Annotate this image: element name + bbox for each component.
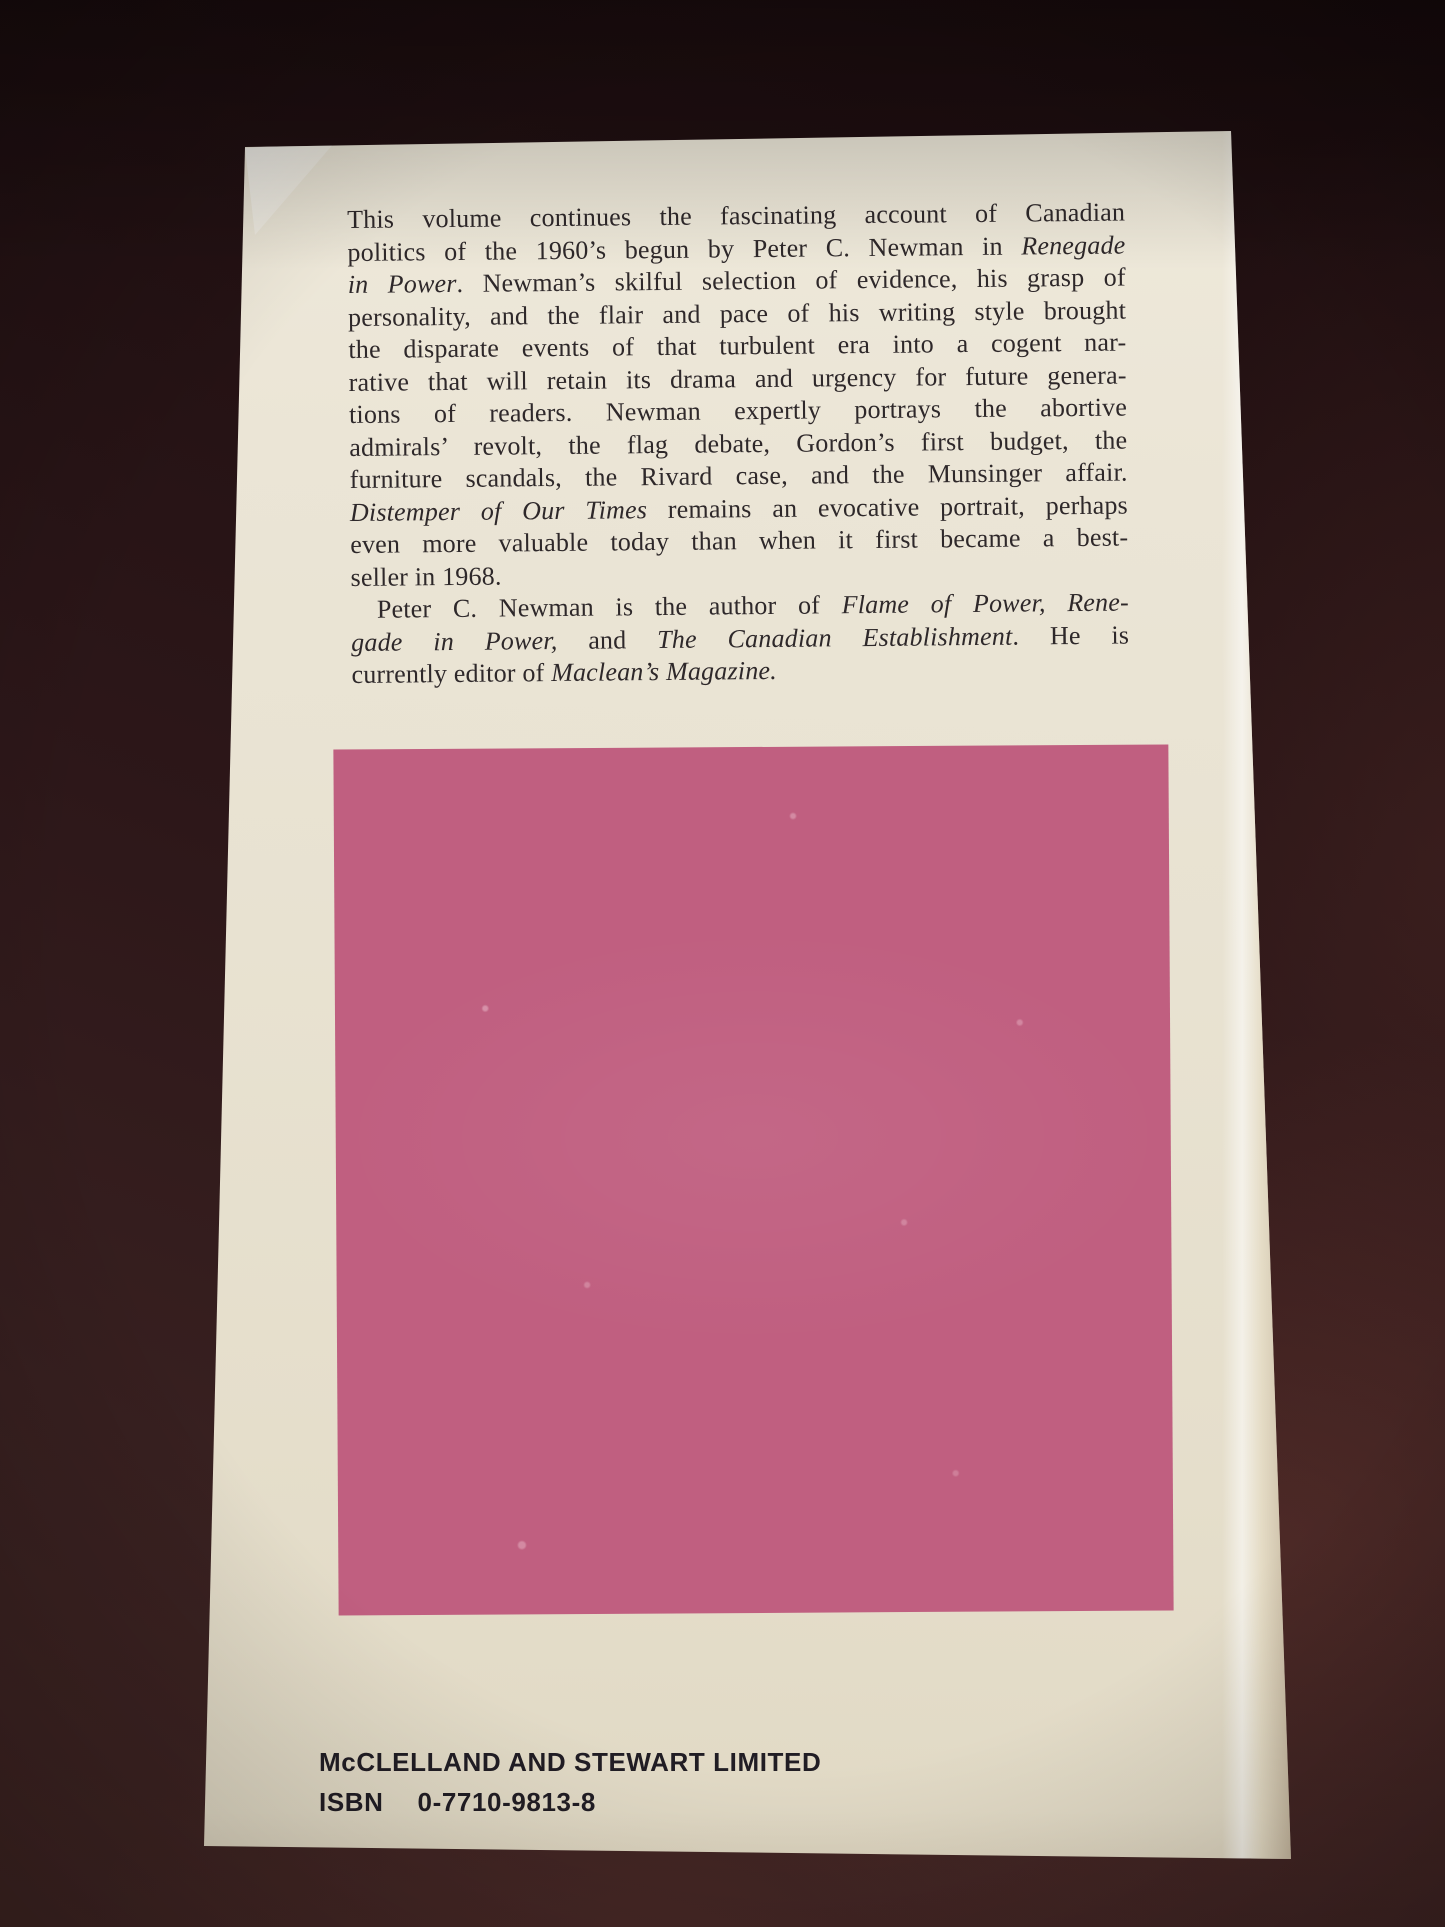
photo-scene: This volume continues the fascinating ac… <box>0 0 1445 1927</box>
isbn-label: ISBN <box>319 1787 384 1817</box>
pink-panel <box>333 744 1173 1615</box>
publisher-name: McCLELLAND AND STEWART LIMITED <box>319 1742 821 1782</box>
blurb-text: This volume continues the fascinating ac… <box>347 197 1130 692</box>
publisher-block: McCLELLAND AND STEWART LIMITED ISBN0-771… <box>319 1742 821 1822</box>
isbn-line: ISBN0-7710-9813-8 <box>319 1782 821 1822</box>
isbn-number: 0-7710-9813-8 <box>418 1787 596 1817</box>
